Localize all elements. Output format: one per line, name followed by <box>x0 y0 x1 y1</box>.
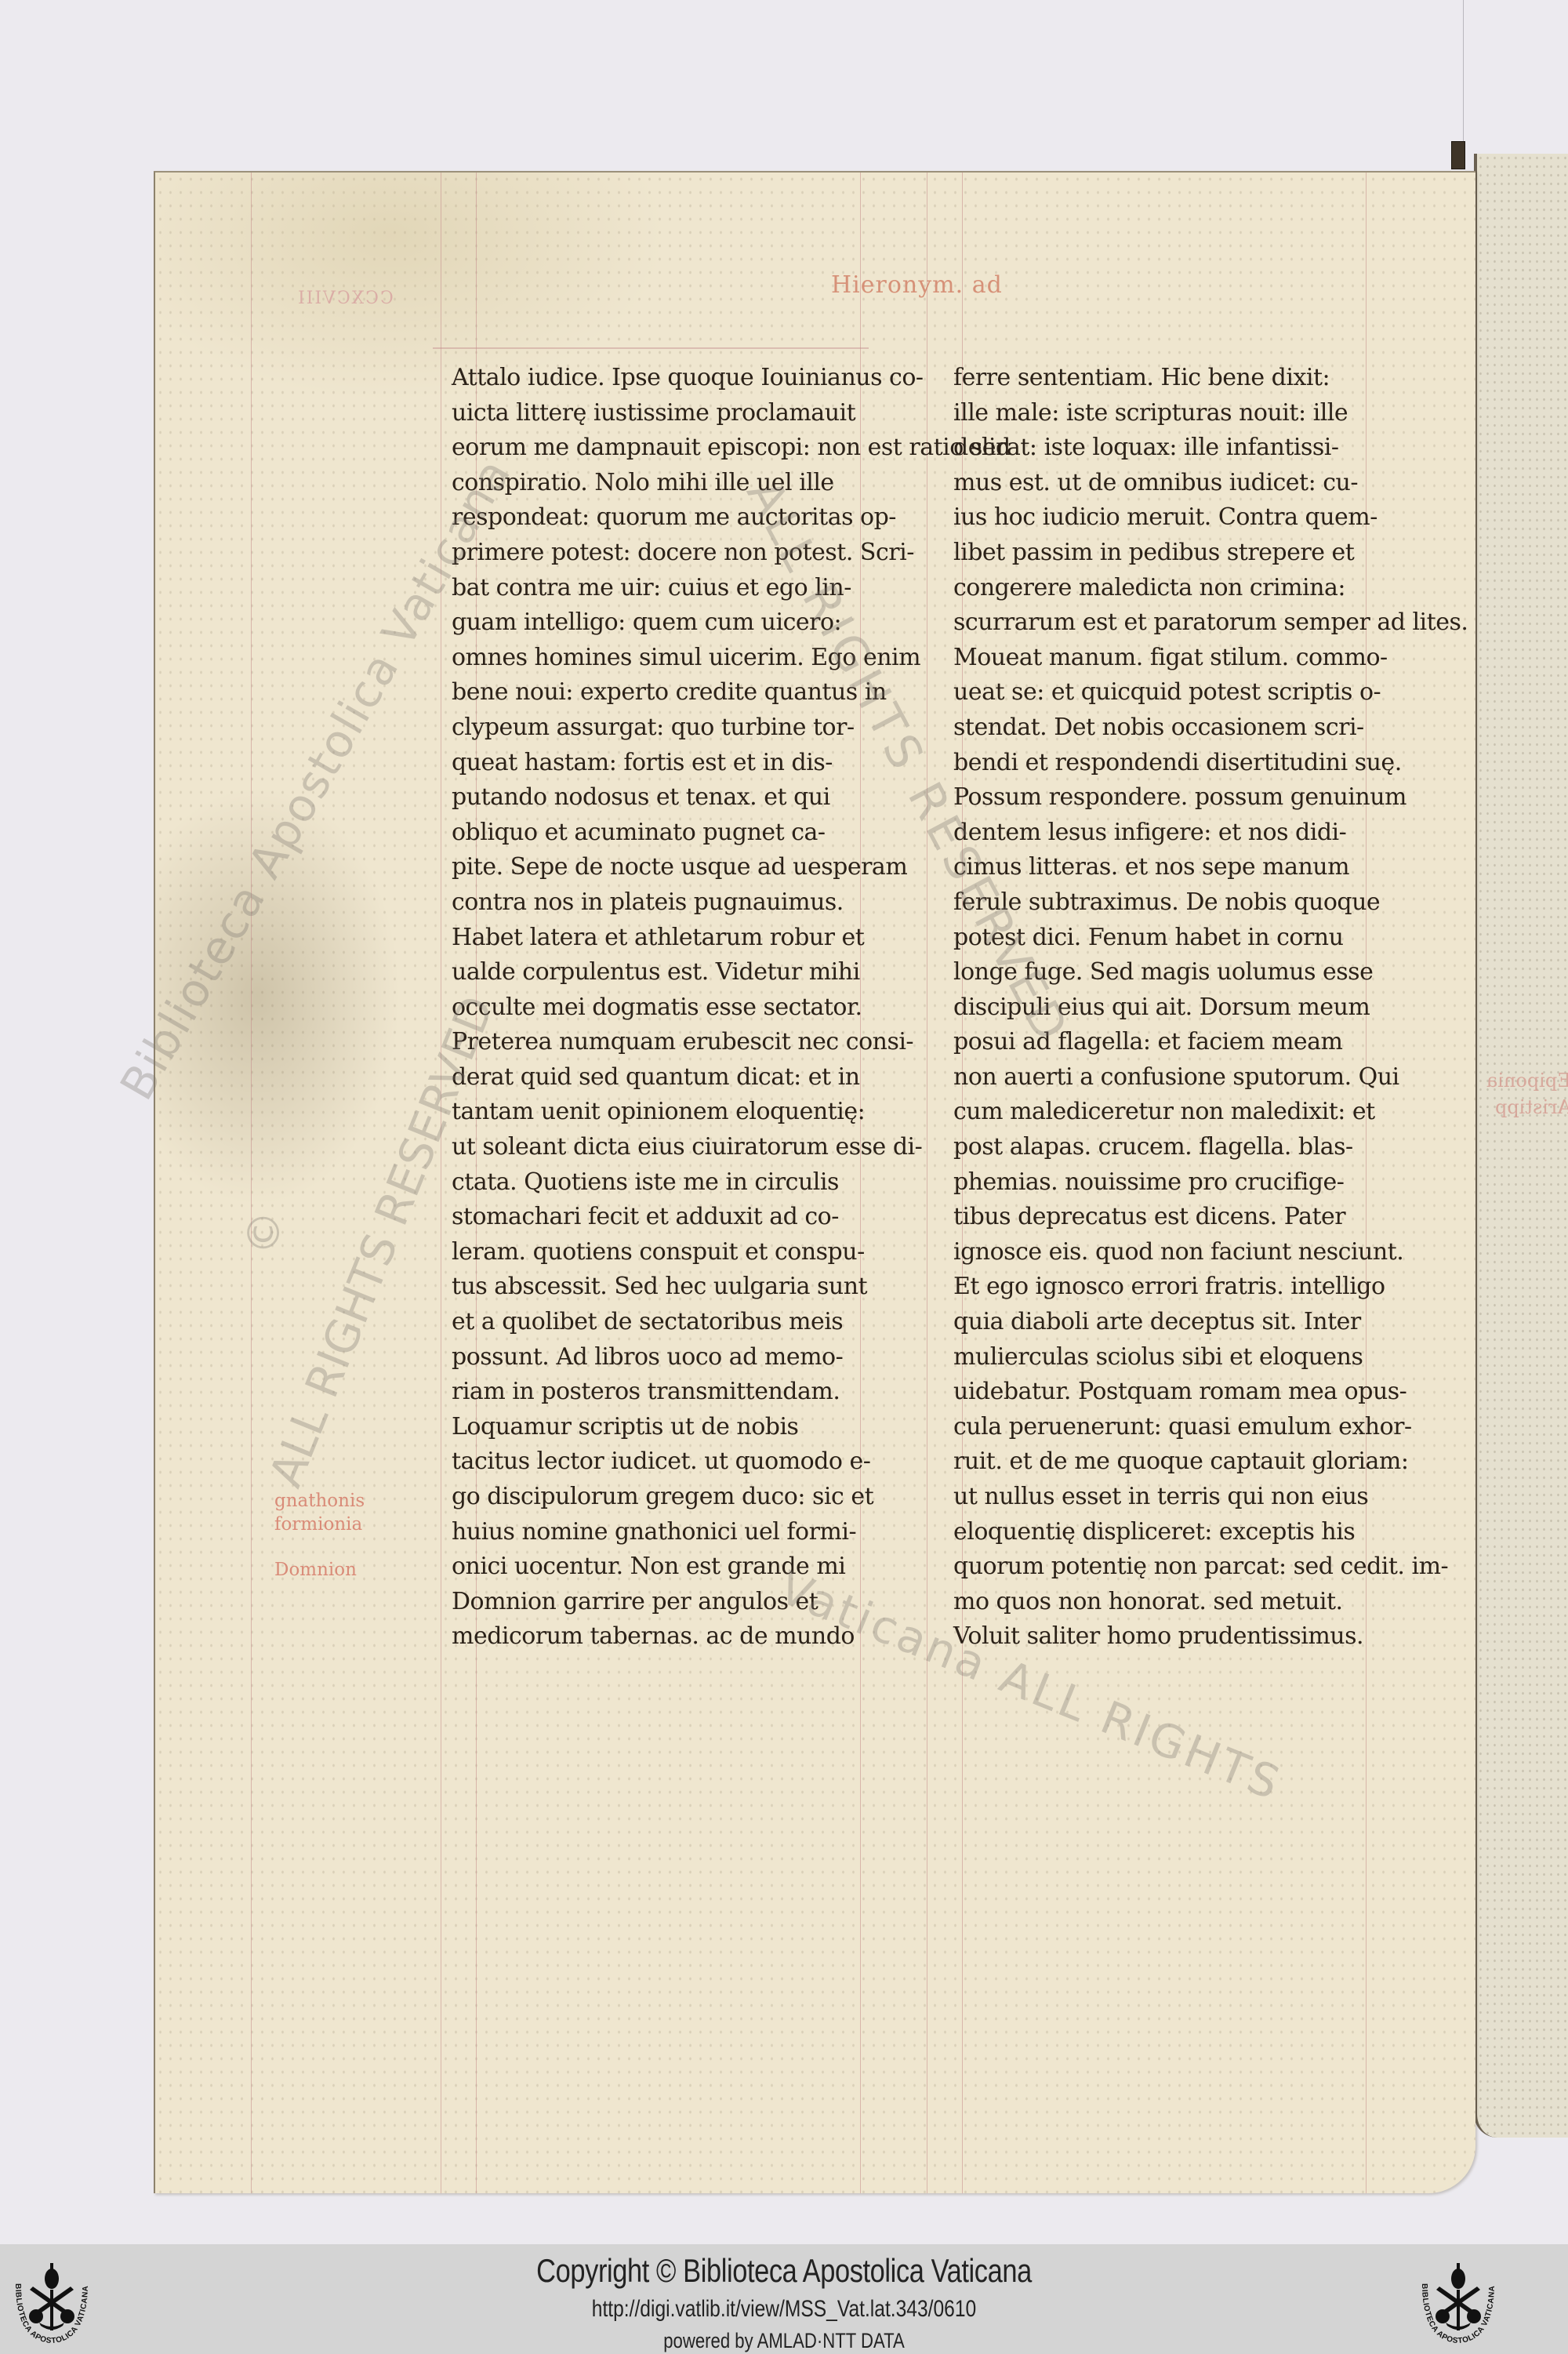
next-leaf-edge: Epiponia Aristipp <box>1474 154 1568 2138</box>
text-line: derat quid sed quantum dicat: et in <box>452 1060 1011 1095</box>
text-line: scurrarum est et paratorum semper ad lit… <box>953 605 1468 641</box>
text-line: eloquentię displiceret: exceptis his <box>953 1515 1468 1550</box>
text-line: clypeum assurgat: quo turbine tor- <box>452 710 1011 746</box>
text-line: non auerti a confusione sputorum. Qui <box>953 1060 1468 1095</box>
copyright-footer: BIBLIOTECA APOSTOLICA VATICANA Copyright… <box>0 2244 1568 2354</box>
running-head: Hieronym. ad <box>831 271 1003 299</box>
margin-gloss: Domnion <box>274 1559 357 1581</box>
text-line: onici uocentur. Non est grande mi <box>452 1549 1011 1585</box>
text-line: guam intelligo: quem cum uicero: <box>452 605 1011 641</box>
text-line: tus abscessit. Sed hec uulgaria sunt <box>452 1270 1011 1305</box>
text-line: cum malediceretur non maledixit: et <box>953 1095 1468 1130</box>
text-line: Possum respondere. possum genuinum <box>953 780 1468 816</box>
text-line: huius nomine gnathonici uel formi- <box>452 1515 1011 1550</box>
ruling-line <box>441 173 441 2193</box>
text-line: omnes homines simul uicerim. Ego enim <box>452 641 1011 676</box>
text-line: uidebatur. Postquam romam mea opus- <box>953 1375 1468 1410</box>
text-line: delirat: iste loquax: ille infantissi- <box>953 430 1468 466</box>
page-edge-line <box>1463 0 1464 149</box>
text-line: pite. Sepe de nocte usque ad uesperam <box>452 850 1011 885</box>
text-line: ius hoc iudicio meruit. Contra quem- <box>953 500 1468 536</box>
text-line: mus est. ut de omnibus iudicet: cu- <box>953 466 1468 501</box>
text-line: medicorum tabernas. ac de mundo <box>452 1619 1011 1655</box>
text-line: leram. quotiens conspuit et conspu- <box>452 1235 1011 1270</box>
margin-gloss: formionia <box>274 1513 362 1535</box>
text-line: ueat se: et quicquid potest scriptis o- <box>953 675 1468 710</box>
text-column-right: ferre sententiam. Hic bene dixit: ille m… <box>953 361 1468 1655</box>
text-line: ferre sententiam. Hic bene dixit: <box>953 361 1468 396</box>
ruling-line <box>433 347 869 349</box>
text-line: stomachari fecit et adduxit ad co- <box>452 1200 1011 1235</box>
text-line: queat hastam: fortis est et in dis- <box>452 746 1011 781</box>
text-line: uicta litterę iustissime proclamauit <box>452 396 1011 431</box>
text-line: discipuli eius qui ait. Dorsum meum <box>953 990 1468 1026</box>
text-line: conspiratio. Nolo mihi ille uel ille <box>452 466 1011 501</box>
text-line: Et ego ignosco errori fratris. intelligo <box>953 1270 1468 1305</box>
text-line: Domnion garrire per angulos et <box>452 1585 1011 1620</box>
text-line: contra nos in plateis pugnauimus. <box>452 885 1011 921</box>
folio-number: CCXCVIII <box>296 289 394 308</box>
text-column-left: Attalo iudice. Ipse quoque Iouinianus co… <box>452 361 1011 1655</box>
text-line: ut nullus esset in terris qui non eius <box>953 1480 1468 1515</box>
text-line: tantam uenit opinionem eloquentię: <box>452 1095 1011 1130</box>
text-line: ignosce eis. quod non faciunt nesciunt. <box>953 1235 1468 1270</box>
binding-tab <box>1451 141 1465 169</box>
text-line: ferule subtraximus. De nobis quoque <box>953 885 1468 921</box>
text-line: dentem lesus infigere: et nos didi- <box>953 816 1468 851</box>
text-line: possunt. Ad libros uoco ad memo- <box>452 1340 1011 1375</box>
text-line: ut soleant dicta eius ciuiratorum esse d… <box>452 1130 1011 1165</box>
text-line: primere potest: docere non potest. Scri- <box>452 536 1011 571</box>
text-line: quia diaboli arte deceptus sit. Inter <box>953 1305 1468 1340</box>
ruling-line <box>251 173 252 2193</box>
vatican-library-logo-icon: BIBLIOTECA APOSTOLICA VATICANA <box>1411 2255 1505 2349</box>
text-line: et a quolibet de sectatoribus meis <box>452 1305 1011 1340</box>
text-line: cula peruenerunt: quasi emulum exhor- <box>953 1410 1468 1445</box>
vatican-library-logo-icon: BIBLIOTECA APOSTOLICA VATICANA <box>5 2255 99 2349</box>
text-line: ruit. et de me quoque captauit gloriam: <box>953 1444 1468 1480</box>
text-line: mo quos non honorat. sed metuit. <box>953 1585 1468 1620</box>
text-line: longe fuge. Sed magis uolumus esse <box>953 955 1468 990</box>
text-line: quorum potentię non parcat: sed cedit. i… <box>953 1549 1468 1585</box>
text-line: ctata. Quotiens iste me in circulis <box>452 1165 1011 1201</box>
text-line: Habet latera et athletarum robur et <box>452 921 1011 956</box>
manuscript-leaf: CCXCVIII Hieronym. ad gnathonis formioni… <box>154 171 1475 2193</box>
text-line: phemias. nouissime pro crucifige- <box>953 1165 1468 1201</box>
text-line: libet passim in pedibus strepere et <box>953 536 1468 571</box>
margin-gloss: gnathonis <box>274 1490 365 1512</box>
text-line: eorum me dampnauit episcopi: non est rat… <box>452 430 1011 466</box>
text-line: go discipulorum gregem duco: sic et <box>452 1480 1011 1515</box>
text-line: Voluit saliter homo prudentissimus. <box>953 1619 1468 1655</box>
text-line: bene noui: experto credite quantus in <box>452 675 1011 710</box>
text-line: occulte mei dogmatis esse sectator. <box>452 990 1011 1026</box>
text-line: Moueat manum. figat stilum. commo- <box>953 641 1468 676</box>
next-leaf-gloss: Epiponia Aristipp <box>1486 1067 1568 1121</box>
text-line: bendi et respondendi disertitudini suę. <box>953 746 1468 781</box>
text-line: Loquamur scriptis ut de nobis <box>452 1410 1011 1445</box>
text-line: respondeat: quorum me auctoritas op- <box>452 500 1011 536</box>
text-line: stendat. Det nobis occasionem scri- <box>953 710 1468 746</box>
text-line: post alapas. crucem. flagella. blas- <box>953 1130 1468 1165</box>
text-line: Attalo iudice. Ipse quoque Iouinianus co… <box>452 361 1011 396</box>
text-line: cimus litteras. et nos sepe manum <box>953 850 1468 885</box>
text-line: potest dici. Fenum habet in cornu <box>953 921 1468 956</box>
powered-by-text: powered by AMLAD·NTT DATA <box>141 2329 1427 2353</box>
image-viewer: Epiponia Aristipp CCXCVIII Hieronym. ad … <box>0 0 1568 2244</box>
text-line: putando nodosus et tenax. et qui <box>452 780 1011 816</box>
text-line: obliquo et acuminato pugnet ca- <box>452 816 1011 851</box>
text-line: Preterea numquam erubescit nec consi- <box>452 1025 1011 1060</box>
text-line: bat contra me uir: cuius et ego lin- <box>452 571 1011 606</box>
text-line: ualde corpulentus est. Videtur mihi <box>452 955 1011 990</box>
copyright-text: Copyright © Biblioteca Apostolica Vatica… <box>141 2252 1427 2290</box>
text-line: riam in posteros transmittendam. <box>452 1375 1011 1410</box>
text-line: mulierculas sciolus sibi et eloquens <box>953 1340 1468 1375</box>
text-line: posui ad flagella: et faciem meam <box>953 1025 1468 1060</box>
text-line: congerere maledicta non crimina: <box>953 571 1468 606</box>
text-line: ille male: iste scripturas nouit: ille <box>953 396 1468 431</box>
text-line: tacitus lector iudicet. ut quomodo e- <box>452 1444 1011 1480</box>
source-url[interactable]: http://digi.vatlib.it/view/MSS_Vat.lat.3… <box>141 2296 1427 2323</box>
text-line: tibus deprecatus est dicens. Pater <box>953 1200 1468 1235</box>
